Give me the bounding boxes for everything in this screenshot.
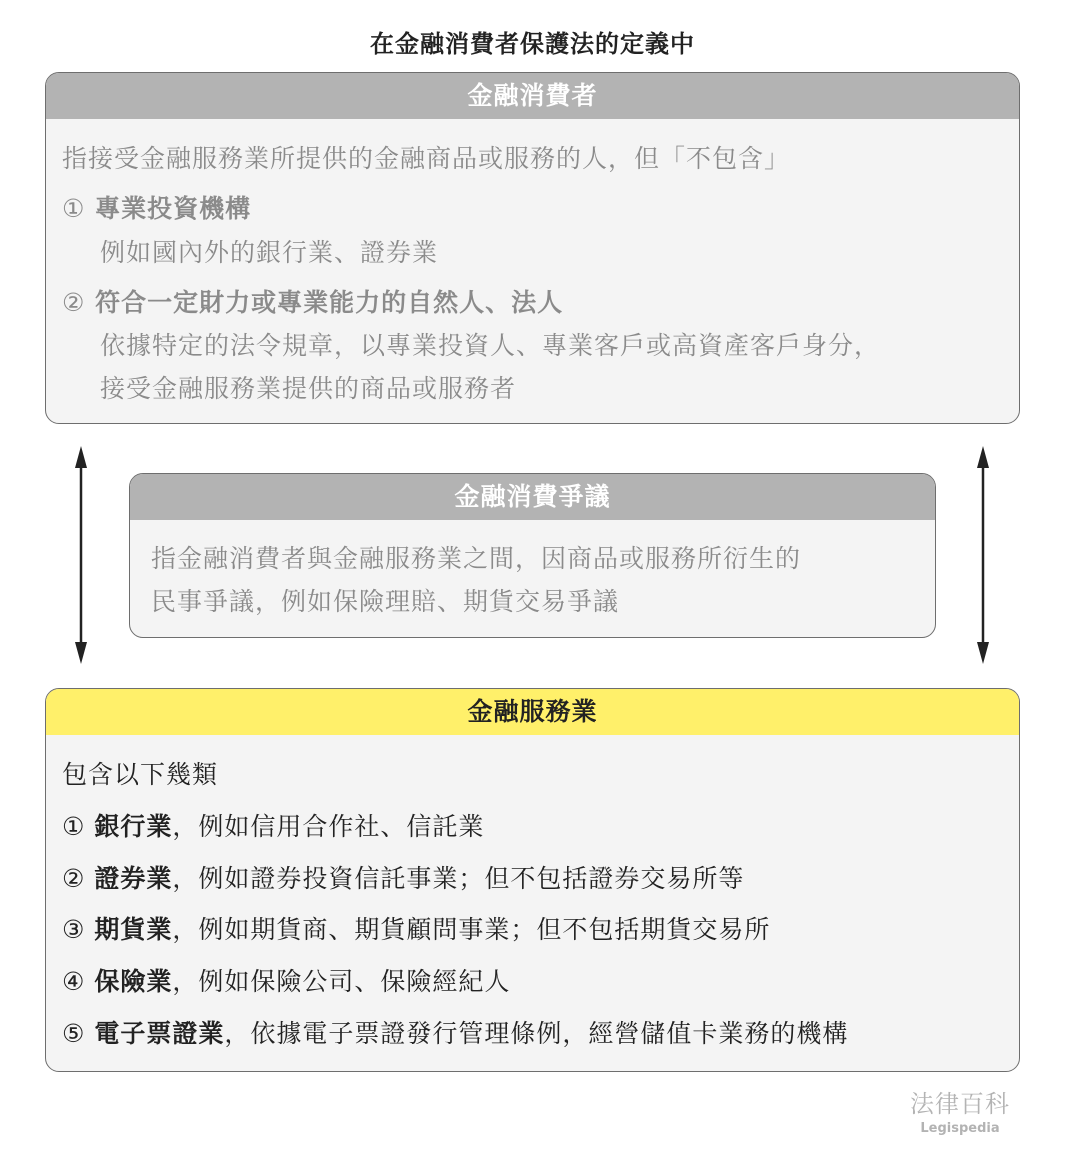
service-item-1: ① 銀行業，例如信用合作社、信託業: [62, 807, 484, 843]
service-box: 金融服務業 包含以下幾類 ① 銀行業，例如信用合作社、信託業 ② 證券業，例如證…: [45, 688, 1020, 1072]
item-marker: ①: [62, 194, 85, 223]
item-desc: ，例如證券投資信託事業；但不包括證券交易所等: [172, 864, 744, 893]
diagram-title: 在金融消費者保護法的定義中: [0, 24, 1065, 59]
consumer-item-2-desc-2: 接受金融服務業提供的商品或服務者: [100, 369, 516, 405]
service-item-4: ④ 保險業，例如保險公司、保險經紀人: [62, 962, 510, 998]
item-desc: ，例如信用合作社、信託業: [172, 812, 484, 841]
item-name: 電子票證業: [94, 1019, 224, 1048]
item-name: 銀行業: [94, 812, 172, 841]
item-marker: ④: [62, 967, 85, 996]
item-marker: ②: [62, 288, 85, 317]
item-marker: ②: [62, 864, 85, 893]
consumer-item-2-desc-1: 依據特定的法令規章，以專業投資人、專業客戶或高資產客戶身分，: [100, 326, 880, 362]
item-name: 期貨業: [94, 915, 172, 944]
item-name: 證券業: [94, 864, 172, 893]
service-item-2: ② 證券業，例如證券投資信託事業；但不包括證券交易所等: [62, 859, 744, 895]
service-item-5: ⑤ 電子票證業，依據電子票證發行管理條例，經營儲值卡業務的機構: [62, 1014, 848, 1050]
dispute-line-2: 民事爭議，例如保險理賠、期貨交易爭議: [151, 582, 619, 618]
consumer-box: 金融消費者 指接受金融服務業所提供的金融商品或服務的人，但「不包含」 ① 專業投…: [45, 72, 1020, 424]
item-marker: ⑤: [62, 1019, 85, 1048]
consumer-item-2-heading: ② 符合一定財力或專業能力的自然人、法人: [62, 283, 563, 319]
item-name: 保險業: [94, 967, 172, 996]
legispedia-watermark: 法律百科 Legispedia: [880, 1084, 1040, 1136]
service-box-header: 金融服務業: [46, 689, 1019, 735]
dispute-box-header: 金融消費爭議: [130, 474, 935, 520]
left-double-arrow-icon: [71, 446, 91, 664]
item-desc: ，例如期貨商、期貨顧問事業；但不包括期貨交易所: [172, 915, 770, 944]
item-marker: ①: [62, 812, 85, 841]
consumer-item-1-heading: ① 專業投資機構: [62, 189, 251, 225]
consumer-item-1-desc: 例如國內外的銀行業、證券業: [100, 233, 438, 269]
service-item-3: ③ 期貨業，例如期貨商、期貨顧問事業；但不包括期貨交易所: [62, 910, 770, 946]
watermark-cn: 法律百科: [880, 1084, 1040, 1119]
consumer-intro: 指接受金融服務業所提供的金融商品或服務的人，但「不包含」: [62, 139, 790, 175]
consumer-box-header: 金融消費者: [46, 73, 1019, 119]
item-desc: ，例如保險公司、保險經紀人: [172, 967, 510, 996]
watermark-en: Legispedia: [880, 1121, 1040, 1136]
item-desc: ，依據電子票證發行管理條例，經營儲值卡業務的機構: [224, 1019, 848, 1048]
dispute-box: 金融消費爭議 指金融消費者與金融服務業之間，因商品或服務所衍生的 民事爭議，例如…: [129, 473, 936, 638]
service-intro: 包含以下幾類: [62, 755, 218, 791]
right-double-arrow-icon: [973, 446, 993, 664]
item-marker: ③: [62, 915, 85, 944]
dispute-line-1: 指金融消費者與金融服務業之間，因商品或服務所衍生的: [151, 539, 801, 575]
